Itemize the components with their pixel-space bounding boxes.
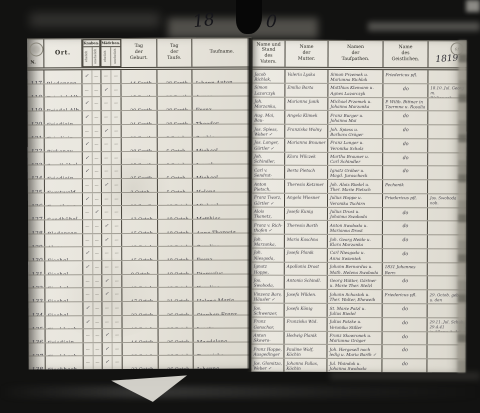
clergy-cell: do — [383, 304, 428, 317]
col-header-knaben: Knaben. ehelich unehelich — [82, 39, 101, 67]
taufname-value: Magdalena — [194, 336, 228, 341]
maedchen-marks-cell: —— — [102, 138, 122, 151]
taufname-cell: Sophia — [193, 124, 252, 137]
taufe-date-cell: — 28 Septb. — [157, 70, 192, 83]
taufe-date-cell: — 19 Octob. — [158, 206, 193, 219]
film-streak — [30, 13, 160, 27]
ort-cell: Friedjein — [45, 111, 83, 124]
mother-cell: Berta Pietsch — [285, 166, 328, 179]
knaben-marks-cell: ✓— — [83, 138, 102, 151]
geburt-date-cell: — 15 Octob. — [122, 247, 158, 260]
clergy-cell: do — [383, 125, 428, 138]
knaben-marks-cell: ✓— — [83, 111, 102, 124]
tally-mark: ✓ — [83, 166, 92, 179]
sub-header-unehelich: unehelich — [110, 47, 120, 66]
taufe-date-cell: — 12 Octob. — [158, 193, 193, 206]
taufe-date-cell: — 26 Octob. — [158, 315, 193, 328]
geburt-date-cell: — 15 Octob. — [122, 220, 158, 233]
empty-dash: — — [111, 234, 121, 247]
left-page-header: N. Ort. Knaben. ehelich unehelich Mädche… — [27, 38, 251, 71]
register-row: 133Fischel——✓—— 17 Octob.— 21 Octob.Hele… — [28, 288, 252, 303]
father-cell: Anton Skowro- nek ✓ — [252, 331, 285, 344]
maedchen-marks-cell: —— — [101, 70, 121, 83]
knaben-marks-cell: ✓— — [83, 152, 102, 165]
tally-mark: ✓ — [83, 111, 92, 124]
entry-number-cell: 125 — [28, 180, 45, 193]
taufe-date-cell: — 26 Octob. — [158, 302, 193, 315]
geburt-date: — 18 Octob. — [122, 324, 154, 328]
geburt-date-cell: — 20 Septb. — [122, 97, 158, 110]
entry-number-cell: 136 — [29, 330, 46, 343]
godparents-cell: Joh. Alois Riedel u. Ther. Marie Pietsch — [328, 180, 383, 193]
taufe-date-cell: — 5 Octob. — [158, 152, 193, 165]
tally-mark: ✓ — [102, 125, 111, 138]
geburt-date-cell: — 13 Octob. — [122, 234, 158, 247]
entry-number: 123 — [28, 160, 43, 165]
taufe-date: — 26 Octob. — [159, 351, 191, 355]
geburt-date-cell: — 14 Septb. — [121, 70, 157, 83]
geburt-date-cell: — 25 Septb. — [122, 165, 158, 178]
register-row: 134Fischel✓———— 22 Octob.— 26 Octob.Step… — [28, 301, 252, 316]
ort-value: Alzen — [45, 242, 63, 247]
tally-mark: ✓ — [82, 70, 91, 83]
maedchen-marks-cell: —— — [102, 316, 122, 329]
taufname-value: Helena Maria — [193, 295, 234, 300]
empty-dash: — — [83, 275, 92, 288]
taufname-cell: Franz — [193, 97, 252, 110]
page-rough-edge — [457, 40, 466, 372]
geburt-date: — 9 Octob. — [122, 270, 151, 274]
taufe-date: — 19 Octob. — [158, 242, 190, 246]
clergy-cell: do — [383, 332, 428, 345]
taufname-cell: Magdalena — [194, 329, 253, 342]
knaben-marks-cell: —— — [83, 234, 102, 247]
entry-number: 118 — [27, 92, 42, 97]
ort-cell: Fischel — [45, 302, 83, 315]
empty-dash: — — [111, 193, 121, 206]
empty-dash: — — [111, 288, 121, 301]
ort-cell: Fischel — [45, 288, 83, 301]
tally-mark: ✓ — [103, 343, 112, 356]
maedchen-marks-cell: ✓— — [103, 343, 123, 356]
taufname-value: Helena — [193, 187, 216, 192]
taufname-value: Franziska — [194, 350, 224, 355]
father-cell: Franz Hoppe, Ausgedinger ✓ — [251, 345, 284, 358]
knaben-marks-cell: —— — [84, 357, 103, 370]
clergy-cell: P. Wilib. Bittner in Tzermna u. Rosalia … — [383, 98, 428, 111]
empty-dash: — — [91, 97, 101, 110]
geburt-date-cell: — 12 Octob. — [122, 275, 158, 288]
empty-dash: — — [91, 84, 101, 97]
entry-number-cell: 130 — [28, 248, 45, 261]
ort-cell: Sandhübel — [45, 152, 83, 165]
godparents-cell: Michael Przemek u. Johanna Marzanka — [328, 97, 383, 110]
father-cell: Franz Gonschor, Weber ✓ — [252, 317, 285, 330]
taufe-date: — 26 Octob. — [159, 338, 191, 342]
taufe-date: — 19 Octob. — [158, 283, 190, 287]
godparents-cell: Matthias Klemann u. Agnes Lazarczyk — [328, 84, 383, 97]
empty-dash: — — [92, 357, 102, 370]
ort-cell: Fischel — [45, 275, 83, 288]
taufname-cell: Matthias — [193, 206, 252, 219]
register-row: 135Fischbach✓———— 18 Octob.— 26 Octob.Ig… — [28, 315, 252, 330]
geburt-date: — 25 Septb. — [122, 174, 154, 178]
empty-dash: — — [91, 70, 101, 83]
handwritten-year: 1819 — [435, 54, 459, 67]
entry-number-cell: 121 — [28, 125, 45, 138]
geburt-date-cell: — 29 Septb. — [122, 138, 158, 151]
empty-dash: — — [83, 207, 92, 220]
geburt-date: — 21 Septb. — [122, 119, 154, 123]
godparents-cell: Simon Przemek u. Marianna Richlak — [328, 70, 383, 83]
maedchen-marks-cell: —— — [102, 247, 122, 260]
empty-dash: — — [111, 247, 121, 260]
knaben-marks-cell: —— — [83, 179, 102, 192]
mother-cell: Josefa Kunig — [285, 207, 328, 220]
empty-dash: — — [102, 166, 111, 179]
geburt-date: — 13 Octob. — [122, 242, 154, 246]
film-streak — [0, 386, 480, 398]
geburt-date-cell: — 25 Septb. — [122, 152, 158, 165]
mother-cell: Marianna Brauner — [285, 139, 328, 152]
knaben-marks-cell: —— — [82, 84, 101, 97]
maedchen-marks-cell: —— — [102, 302, 122, 315]
empty-dash: — — [92, 343, 102, 356]
entry-number-cell: 129 — [28, 234, 45, 247]
register-row: 119Friedel Alb.✓———— 20 Septb.— 28 Septb… — [28, 97, 252, 112]
empty-dash: — — [91, 125, 101, 138]
microfilm-scan: 18 0 N. Ort. Knaben. ehelich unehelich — [0, 0, 480, 413]
entry-number: 126 — [28, 201, 43, 206]
empty-dash: — — [91, 179, 101, 192]
geburt-date: — 29 Septb. — [122, 147, 154, 151]
ort-value: Sandhübel — [45, 160, 78, 165]
empty-dash: — — [111, 220, 121, 233]
taufe-date: — 28 Septb. — [157, 92, 189, 96]
maedchen-marks-cell: ✓— — [102, 275, 122, 288]
taufname-value: Michael — [193, 146, 218, 151]
taufname-cell: Karolina — [193, 274, 252, 287]
knaben-marks-cell: ✓— — [83, 97, 102, 110]
father-cell: Joh. Marzanka, Häusler ✓ — [252, 97, 285, 110]
father-cell: Alois Tkanetz, Häusler ✓ — [252, 207, 285, 220]
empty-dash: — — [102, 138, 111, 151]
father-cell: Franz v. Rich- thofen ✓ — [252, 221, 285, 234]
father-cell: Jos. Swoboda, Gärtler ✓ — [252, 276, 285, 289]
geburt-date: — 15 Octob. — [122, 229, 154, 233]
register-row: 129Alzen——✓—— 13 Octob.— 19 Octob.Caroli… — [28, 233, 252, 248]
knaben-marks-cell: ✓— — [83, 193, 102, 206]
register-row: Anton Pietsch, Häusler ✓Theresia Ketzmer… — [252, 180, 466, 195]
clergy-cell: do — [383, 139, 428, 152]
ort-value: Fischbach — [46, 351, 78, 356]
register-row: Simon Lazarczyk Gärtner ✓Emilia BartaMat… — [252, 83, 466, 98]
father-cell: Joh. Schindler, Häusler ✓ — [252, 152, 285, 165]
taufname-cell: Theodor — [193, 110, 252, 123]
register-row: Joh. Marzanka, Häusler ✓Marianna JanikMi… — [252, 97, 466, 112]
entry-number: 132 — [28, 283, 43, 288]
maedchen-marks-cell: ✓— — [103, 329, 123, 342]
register-row: 121Friedjein——✓—— 22 Septb.— 5 Octob.Sop… — [28, 124, 252, 139]
mother-cell: Angela Wiesner — [285, 194, 328, 207]
geburt-date-cell: — 17 Octob. — [122, 288, 158, 301]
tally-mark: ✓ — [102, 179, 111, 192]
register-row: Anton Skowro- nek ✓Hedwig PlanikFranz Sk… — [252, 331, 466, 346]
taufname-value: Caroline — [193, 241, 219, 246]
entry-number-cell: 131 — [28, 261, 45, 274]
geburt-date-cell: — 15 Septb. — [121, 84, 157, 97]
clergy-cell: do — [383, 208, 428, 221]
tally-mark: ✓ — [102, 288, 111, 301]
ort-cell: Fischbach — [46, 343, 84, 356]
taufe-date-cell: — 5 Octob. — [158, 165, 193, 178]
maedchen-marks-cell: ✓— — [102, 234, 122, 247]
ort-value: Fischbach — [45, 323, 77, 328]
empty-dash: — — [102, 193, 111, 206]
entry-number-cell: 137 — [29, 343, 46, 356]
taufe-date: — 28 Septb. — [158, 106, 190, 110]
ort-value: Fischel — [45, 283, 68, 288]
entry-number: 134 — [28, 310, 43, 315]
taufname-value: Matthias — [193, 214, 220, 219]
taufe-date: — 28 Septb. — [158, 119, 190, 123]
empty-dash: — — [111, 138, 121, 151]
ort-value: Friedjein — [45, 173, 74, 178]
taufname-cell: Anna Theresia — [193, 220, 252, 233]
geburt-date: — 15 Octob. — [122, 256, 154, 260]
father-cell: Aug. Mai, Bau- Gärtner ✓ — [252, 111, 285, 124]
col-header-mutter: Name der Mutter. — [285, 41, 328, 67]
geburt-date: — 22 Octob. — [122, 310, 154, 314]
taufname-cell: Dionysius — [193, 260, 252, 273]
ort-value: Friedjein — [45, 132, 74, 137]
maedchen-marks-cell: ✓— — [102, 220, 122, 233]
knaben-marks-cell: ✓— — [83, 316, 102, 329]
empty-dash: — — [84, 343, 93, 356]
register-row: Jos. Langer, Gärtler ✓Marianna BraunerFr… — [252, 138, 466, 153]
sub-header-ehelich: ehelich — [101, 47, 110, 66]
geburt-date: — 20 Septb. — [122, 106, 154, 110]
geburt-date-cell: — 22 Octob. — [123, 343, 159, 356]
col-header-nr: N. — [27, 39, 44, 67]
ort-cell: Friedel Alb. — [45, 98, 83, 111]
register-row: 124Friedjein✓———— 25 Septb.— 5 Octob.Mic… — [28, 165, 252, 180]
empty-dash: — — [92, 234, 102, 247]
register-row: 131Fischel✓———— 9 Octob.— 19 Octob.Diony… — [28, 260, 252, 275]
taufname-value: Franz — [193, 255, 212, 260]
mother-cell: Pauline Wolf, Köchin — [284, 345, 327, 358]
col-header-maedchen: Mädchen. ehelich unehelich — [101, 39, 121, 67]
mother-cell: Emilia Barta — [285, 84, 328, 97]
empty-dash: — — [111, 179, 121, 192]
maedchen-marks-cell: —— — [102, 152, 122, 165]
taufe-date: — 26 Octob. — [158, 310, 190, 314]
tally-mark: ✓ — [83, 316, 92, 329]
register-row: Ignatz Hoppe, Häusler ✓Apollonia DrostJo… — [252, 262, 466, 277]
register-row: Jacob Richlak, Bauer ✓Valeria LyskaSimon… — [252, 70, 466, 85]
taufname-cell: Michael — [193, 138, 252, 151]
taufe-date-cell: — 5 Octob. — [158, 138, 193, 151]
maedchen-marks-cell: —— — [102, 206, 122, 219]
taufe-date-cell: — 26 Octob. — [159, 329, 194, 342]
empty-dash: — — [110, 84, 120, 97]
ort-value: Fischel — [45, 269, 68, 274]
geburt-date: — 28 Septb. — [122, 201, 154, 205]
register-row: 125Forstwald——✓—— 2 Octob.— 5 Octob.Hele… — [28, 179, 252, 194]
empty-dash: — — [102, 261, 111, 274]
empty-dash: — — [111, 152, 121, 165]
mother-cell: Theresia Barth — [285, 221, 328, 234]
godparents-cell: Georg Hütter, Gärtner u. Marie Ther. Ste… — [328, 276, 383, 289]
taufe-date-cell: — 19 Octob. — [158, 220, 193, 233]
tally-mark: ✓ — [102, 275, 111, 288]
entry-number-cell: 128 — [28, 220, 45, 233]
empty-dash: — — [83, 234, 92, 247]
geburt-date: — 14 Septb. — [121, 79, 153, 83]
tally-mark: ✓ — [103, 357, 112, 370]
register-row: Franz Tworz, Gärtler ✓Angela WiesnerJuli… — [252, 194, 466, 209]
taufe-date: — 26 Octob. — [159, 365, 191, 369]
empty-dash: — — [91, 152, 101, 165]
empty-dash: — — [82, 84, 91, 97]
empty-dash: — — [92, 261, 102, 274]
ort-value: Friedjein — [46, 337, 75, 342]
register-row: Jos. Glomitza, Weber ✓Johanna Pallas, Kö… — [251, 359, 465, 373]
taufe-date: — 19 Octob. — [158, 215, 190, 219]
ort-value: Bladensee — [44, 78, 76, 83]
godparents-cell: Joh. Georg Heide u. Klara Marzanka — [328, 235, 383, 248]
taufname-value: Theodor — [193, 118, 219, 123]
entry-number: 135 — [28, 324, 43, 329]
register-row: Carl v. Sendrat- zki, Gärtler ✓Berta Pie… — [252, 166, 466, 181]
taufe-date-cell: — 19 Octob. — [158, 247, 193, 260]
empty-dash: — — [91, 166, 101, 179]
maedchen-marks-cell: ✓— — [102, 179, 122, 192]
geburt-date-cell: — 21 Septb. — [122, 111, 158, 124]
register-row: Jos. Schwenzer, Häusler ✓Josefa KönigSt.… — [252, 304, 466, 319]
entry-number-cell: 134 — [28, 302, 45, 315]
register-row: 137Fischbach——✓—— 22 Octob.— 26 Octob.Fr… — [29, 342, 253, 357]
empty-dash: — — [112, 357, 122, 370]
godparents-cell: Johann Bernardus u. Math. Helena Swoboda — [328, 263, 383, 276]
ort-cell: Friedjein — [45, 166, 83, 179]
godparents-cell: Ignatz Gröber u. Magd. Jurascheck — [328, 166, 383, 179]
ort-value: Fischel — [45, 310, 68, 315]
knaben-marks-cell: —— — [83, 125, 102, 138]
mother-cell: Franziska Wid. — [285, 318, 328, 331]
register-row: 138Fischbach——✓—— 23 Octob.— 26 Octob.Jo… — [29, 356, 253, 370]
ort-value: Friedel Alb. — [44, 91, 81, 96]
register-row: 120Friedjein✓———— 21 Septb.— 28 Septb.Th… — [28, 110, 252, 125]
geburt-date-cell: — 14 Octob. — [123, 329, 159, 342]
geburt-date-cell: — 22 Octob. — [122, 302, 158, 315]
maedchen-marks-cell: —— — [102, 166, 122, 179]
tally-mark: ✓ — [83, 302, 92, 315]
ort-value: Sandhübel — [45, 214, 78, 219]
film-smear — [168, 18, 318, 38]
entry-number-cell: 126 — [28, 193, 45, 206]
entry-number-cell: 117 — [27, 70, 44, 83]
entry-number-cell: 119 — [28, 98, 45, 111]
mother-cell: Klara Wilczek — [285, 152, 328, 165]
maedchen-marks-cell: —— — [102, 193, 122, 206]
ort-value: Forstwald — [45, 187, 76, 192]
taufname-cell: Michael — [193, 165, 252, 178]
knaben-marks-cell: ✓— — [83, 247, 102, 260]
empty-dash: — — [111, 275, 121, 288]
tally-mark: ✓ — [102, 234, 111, 247]
entry-number: 121 — [28, 133, 43, 138]
godparents-cell: Johann Schastok u. Ther. Walter, Eheweib — [328, 290, 383, 303]
taufname-cell: Johanna — [194, 356, 253, 369]
godparents-cell: Julius Drost u. Johanna Swoboda — [328, 208, 383, 221]
taufname-value: Sophia — [193, 132, 215, 137]
col-header-taufname: Taufname. — [192, 39, 251, 67]
geburt-date-cell: — 23 Octob. — [123, 356, 159, 369]
father-cell: Anton Pietsch, Häusler ✓ — [252, 180, 285, 193]
tally-mark: ✓ — [83, 193, 92, 206]
godparents-cell: Martha Brauner u. Carl Schindler — [328, 152, 383, 165]
ort-value: Fischbach — [46, 364, 78, 369]
taufe-date: — 5 Octob. — [158, 133, 187, 137]
right-page-body: Jacob Richlak, Bauer ✓Valeria LyskaSimon… — [251, 70, 466, 373]
clergy-cell: Friedericus pfl. — [383, 70, 428, 83]
empty-dash: — — [101, 70, 110, 83]
godparents-cell: Anton Swoboda u. Marianna Drost — [328, 221, 383, 234]
clergy-cell: do — [383, 277, 428, 290]
father-cell: Vinzenz Barv, Häusler ✓ — [252, 290, 285, 303]
register-row: Vinzenz Barv, Häusler ✓Josefa Wilden.Joh… — [252, 290, 466, 305]
taufe-date: — 12 Octob. — [158, 201, 190, 205]
maedchen-marks-cell: ✓— — [102, 125, 122, 138]
entry-number: 129 — [28, 242, 43, 247]
taufname-value: Dionysius — [193, 268, 223, 273]
godparents-cell: Joh. Spiess u. Barbara Gröger — [328, 125, 383, 138]
register-row: 126Forsthaus✓———— 28 Septb.— 12 Octob.Mi… — [28, 192, 252, 207]
ort-cell: Forsthaus — [45, 193, 83, 206]
father-cell: Jacob Richlak, Bauer ✓ — [252, 70, 285, 83]
entry-number-cell: 124 — [28, 166, 45, 179]
knaben-marks-cell: ✓— — [83, 261, 102, 274]
geburt-date: — 12 Octob. — [122, 283, 154, 287]
tally-mark: ✓ — [83, 152, 92, 165]
taufname-cell: Joseph — [193, 151, 252, 164]
ort-value: Forsthaus — [45, 201, 76, 206]
mother-cell: Franziska Wolny — [285, 125, 328, 138]
ort-value: Fischel — [45, 255, 68, 260]
empty-dash: — — [83, 179, 92, 192]
geburt-date-cell: — 13 Octob. — [122, 206, 158, 219]
father-cell: Ignatz Hoppe, Häusler ✓ — [252, 262, 285, 275]
register-row: 127Sandhübel—✓——— 13 Octob.— 19 Octob.Ma… — [28, 206, 252, 221]
clergy-cell: do — [383, 318, 428, 331]
ort-cell: Fischbach — [46, 357, 84, 370]
taufname-value: Agnes — [192, 91, 212, 96]
taufname-cell: Agnes — [192, 83, 251, 96]
father-cell: Jos. Glomitza, Weber ✓ — [251, 359, 284, 372]
entry-number-cell: 135 — [28, 316, 45, 329]
mother-cell: Valeria Lyska — [285, 70, 328, 83]
entry-number: 133 — [28, 296, 43, 301]
maedchen-box: Mädchen. ehelich unehelich — [100, 39, 121, 67]
left-page-body: 117Bladensee✓———— 14 Septb.— 28 Septb.Jo… — [27, 70, 252, 370]
taufname-value: Anna Theresia — [193, 227, 236, 232]
clergy-cell: do — [383, 222, 428, 235]
taufname-value: Johanna — [194, 364, 219, 369]
taufname-value: Franz — [193, 105, 212, 110]
film-streak — [368, 22, 480, 31]
godparents-cell: Julius Hoppe u. Veronika Tschirn — [328, 194, 383, 207]
